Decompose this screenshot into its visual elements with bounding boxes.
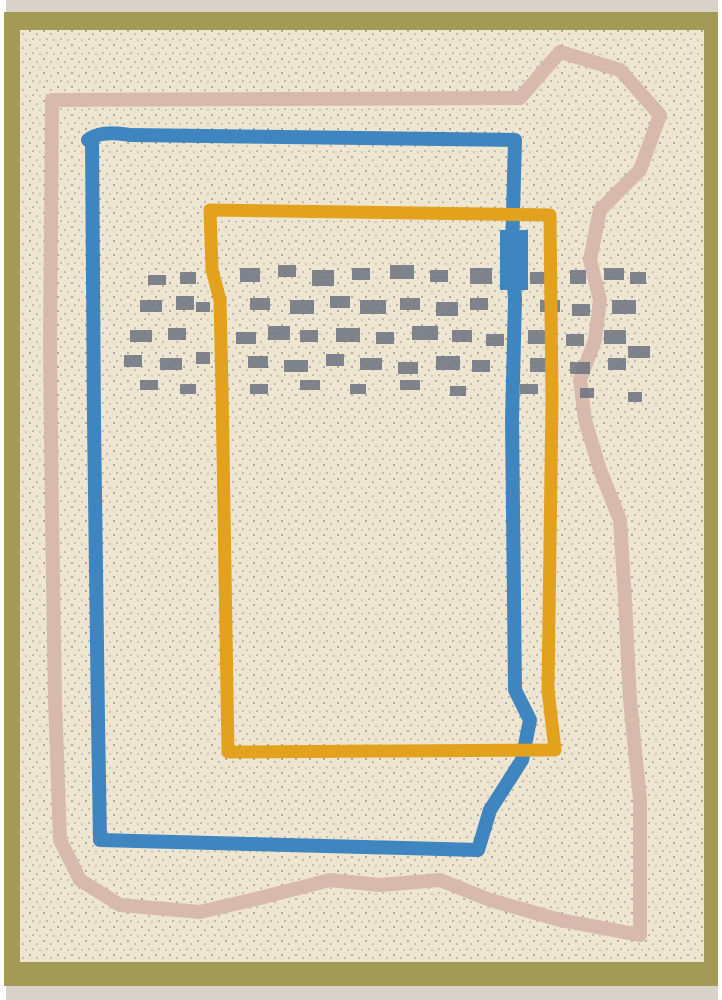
bottom-fringe — [6, 984, 718, 1000]
top-fringe — [6, 0, 718, 14]
rug-photo — [0, 0, 722, 1000]
rug-illustration — [0, 0, 722, 1000]
speckle-pattern — [20, 30, 704, 962]
blue-frame-thick-segment — [500, 230, 528, 290]
